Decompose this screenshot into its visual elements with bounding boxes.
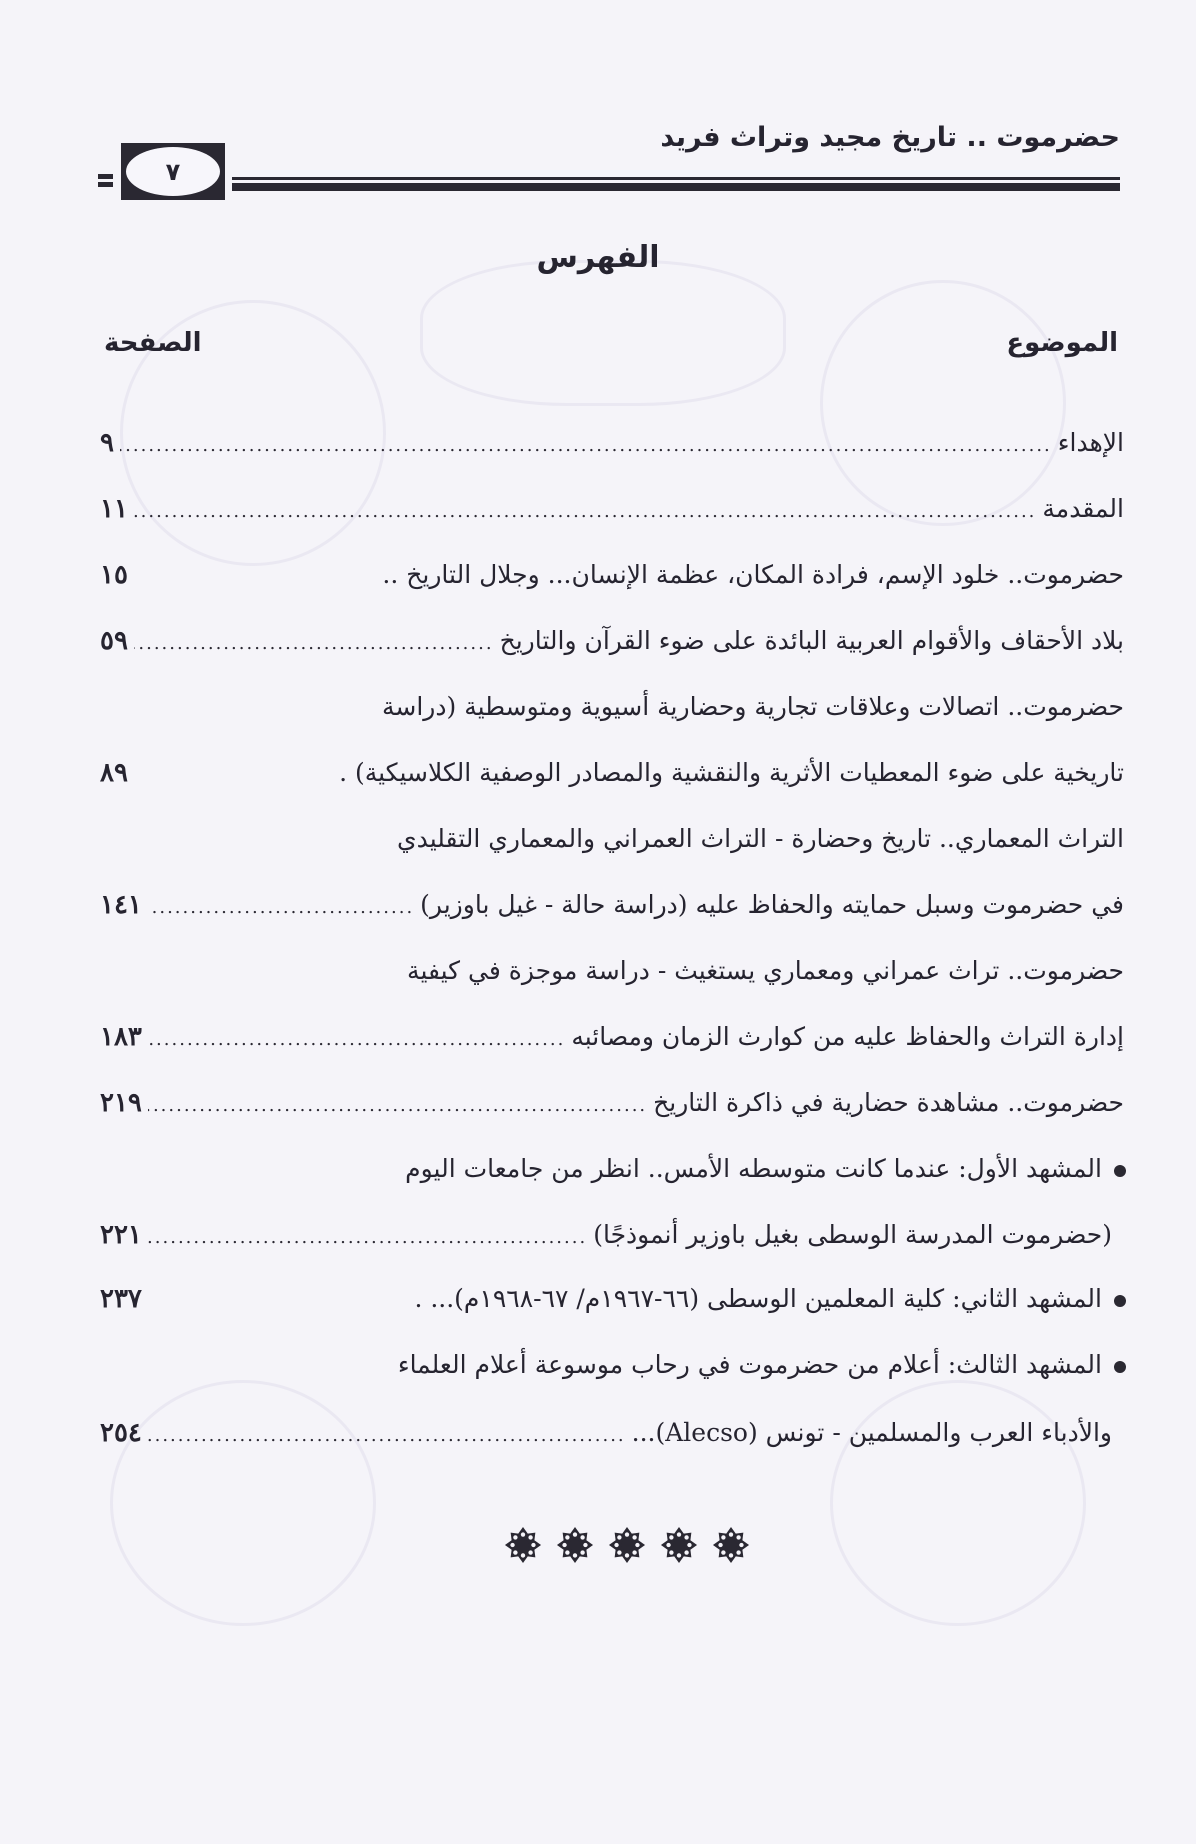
- toc-entry-line[interactable]: حضرموت.. اتصالات وعلاقات تجارية وحضارية …: [100, 682, 1124, 732]
- toc-entry-title: حضرموت.. تراث عمراني ومعماري يستغيث - در…: [407, 946, 1124, 996]
- toc-entry-line[interactable]: إدارة التراث والحفاظ عليه من كوارث الزما…: [100, 1012, 1124, 1062]
- toc-entry[interactable]: بلاد الأحقاف والأقوام العربية البائدة عل…: [100, 616, 1124, 666]
- toc-entry-title: حضرموت.. اتصالات وعلاقات تجارية وحضارية …: [382, 682, 1124, 732]
- toc-entry-line[interactable]: تاريخية على ضوء المعطيات الأثرية والنقشي…: [100, 748, 1124, 798]
- toc-title: الفهرس: [0, 240, 1196, 275]
- page-number-box: ٧: [121, 143, 225, 200]
- toc-entry-title: إدارة التراث والحفاظ عليه من كوارث الزما…: [571, 1012, 1124, 1062]
- toc-subentry-text-wrap: المشهد الثاني: كلية المعلمين الوسطى (٦٦-…: [414, 1274, 1126, 1324]
- watermark-ornament: [420, 260, 786, 406]
- toc-entry-page: ١٥: [100, 550, 128, 600]
- column-heading-topic: الموضوع: [1006, 328, 1118, 358]
- toc-entry-title: حضرموت.. مشاهدة حضارية في ذاكرة التاريخ: [653, 1078, 1124, 1128]
- dot-leader: [148, 1015, 565, 1065]
- dot-leader: [148, 1411, 626, 1461]
- dot-leader: [148, 883, 414, 933]
- bullet-icon: [1114, 1361, 1126, 1373]
- dot-leader: [134, 487, 1036, 537]
- toc-entry-title: المشهد الثاني: كلية المعلمين الوسطى (٦٦-…: [414, 1284, 1102, 1313]
- dot-leader: [148, 1213, 587, 1263]
- toc-entry-title: المشهد الثالث: أعلام من حضرموت في رحاب م…: [398, 1350, 1102, 1379]
- toc-entry-page: ١١: [100, 484, 128, 534]
- toc-entry-line[interactable]: التراث المعماري.. تاريخ وحضارة - التراث …: [100, 814, 1124, 864]
- toc-entry-title: حضرموت.. خلود الإسم، فرادة المكان، عظمة …: [382, 550, 1124, 600]
- dot-leader: [120, 421, 1052, 471]
- header-rule-thick: [232, 183, 1120, 191]
- bullet-icon: [1114, 1295, 1126, 1307]
- toc-subentry-line[interactable]: المشهد الأول: عندما كانت متوسطه الأمس.. …: [100, 1144, 1126, 1194]
- toc-entry[interactable]: حضرموت.. خلود الإسم، فرادة المكان، عظمة …: [100, 550, 1124, 600]
- closing-ornaments: [504, 1526, 750, 1564]
- toc-entry-page: ٥٩: [100, 616, 128, 666]
- running-header-title: حضرموت .. تاريخ مجيد وتراث فريد: [660, 122, 1120, 153]
- toc-subentry-line[interactable]: المشهد الثالث: أعلام من حضرموت في رحاب م…: [100, 1340, 1126, 1390]
- toc-subentry-line[interactable]: (حضرموت المدرسة الوسطى بغيل باوزير أنموذ…: [100, 1210, 1112, 1260]
- toc-entry-title: تاريخية على ضوء المعطيات الأثرية والنقشي…: [339, 748, 1124, 798]
- toc-entry-title: التراث المعماري.. تاريخ وحضارة - التراث …: [397, 814, 1124, 864]
- book-page: حضرموت .. تاريخ مجيد وتراث فريد ٧ الفهرس…: [0, 0, 1196, 1844]
- header-rule-thin: [232, 177, 1120, 180]
- toc-entry-page: ٢٢١: [100, 1210, 142, 1260]
- toc-entry-title: الإهداء: [1058, 418, 1124, 468]
- dot-leader: [148, 1081, 647, 1131]
- rosette-icon: [660, 1526, 698, 1564]
- toc-entry-line[interactable]: حضرموت.. تراث عمراني ومعماري يستغيث - در…: [100, 946, 1124, 996]
- toc-entry-page: ٨٩: [100, 748, 128, 798]
- toc-entry-title: والأدباء العرب والمسلمين - تونس (Alecso)…: [632, 1408, 1112, 1458]
- page-number: ٧: [126, 147, 220, 196]
- toc-entry-page: ٢١٩: [100, 1078, 142, 1128]
- toc-subentry-line[interactable]: المشهد الثاني: كلية المعلمين الوسطى (٦٦-…: [100, 1274, 1126, 1324]
- toc-entry-page: ١٨٣: [100, 1012, 142, 1062]
- toc-entry[interactable]: حضرموت.. مشاهدة حضارية في ذاكرة التاريخ …: [100, 1078, 1124, 1128]
- toc-entry[interactable]: الإهداء ٩: [100, 418, 1124, 468]
- toc-entry-page: ٢٣٧: [100, 1274, 142, 1324]
- toc-subentry-line[interactable]: والأدباء العرب والمسلمين - تونس (Alecso)…: [100, 1408, 1112, 1458]
- dot-leader: [134, 619, 494, 669]
- toc-subentry-text-wrap: المشهد الأول: عندما كانت متوسطه الأمس.. …: [405, 1144, 1126, 1194]
- bullet-icon: [1114, 1165, 1126, 1177]
- rosette-icon: [504, 1526, 542, 1564]
- toc-entry-title: في حضرموت وسبل حمايته والحفاظ عليه (دراس…: [420, 880, 1124, 930]
- toc-entry-line[interactable]: في حضرموت وسبل حمايته والحفاظ عليه (دراس…: [100, 880, 1124, 930]
- rosette-icon: [608, 1526, 646, 1564]
- toc-entry-page: ١٤١: [100, 880, 142, 930]
- toc-entry-page: ٩: [100, 418, 114, 468]
- rosette-icon: [712, 1526, 750, 1564]
- toc-entry-title: (حضرموت المدرسة الوسطى بغيل باوزير أنموذ…: [593, 1210, 1112, 1260]
- toc-entry-page: ٢٥٤: [100, 1408, 142, 1458]
- toc-entry-title: المقدمة: [1042, 484, 1124, 534]
- toc-entry-title: المشهد الأول: عندما كانت متوسطه الأمس.. …: [405, 1154, 1102, 1183]
- toc-entry-title: بلاد الأحقاف والأقوام العربية البائدة عل…: [500, 616, 1124, 666]
- rosette-icon: [556, 1526, 594, 1564]
- toc-subentry-text-wrap: المشهد الثالث: أعلام من حضرموت في رحاب م…: [398, 1340, 1126, 1390]
- header-rule-end-mark: [98, 174, 113, 190]
- column-heading-page: الصفحة: [104, 328, 202, 358]
- toc-entry[interactable]: المقدمة ١١: [100, 484, 1124, 534]
